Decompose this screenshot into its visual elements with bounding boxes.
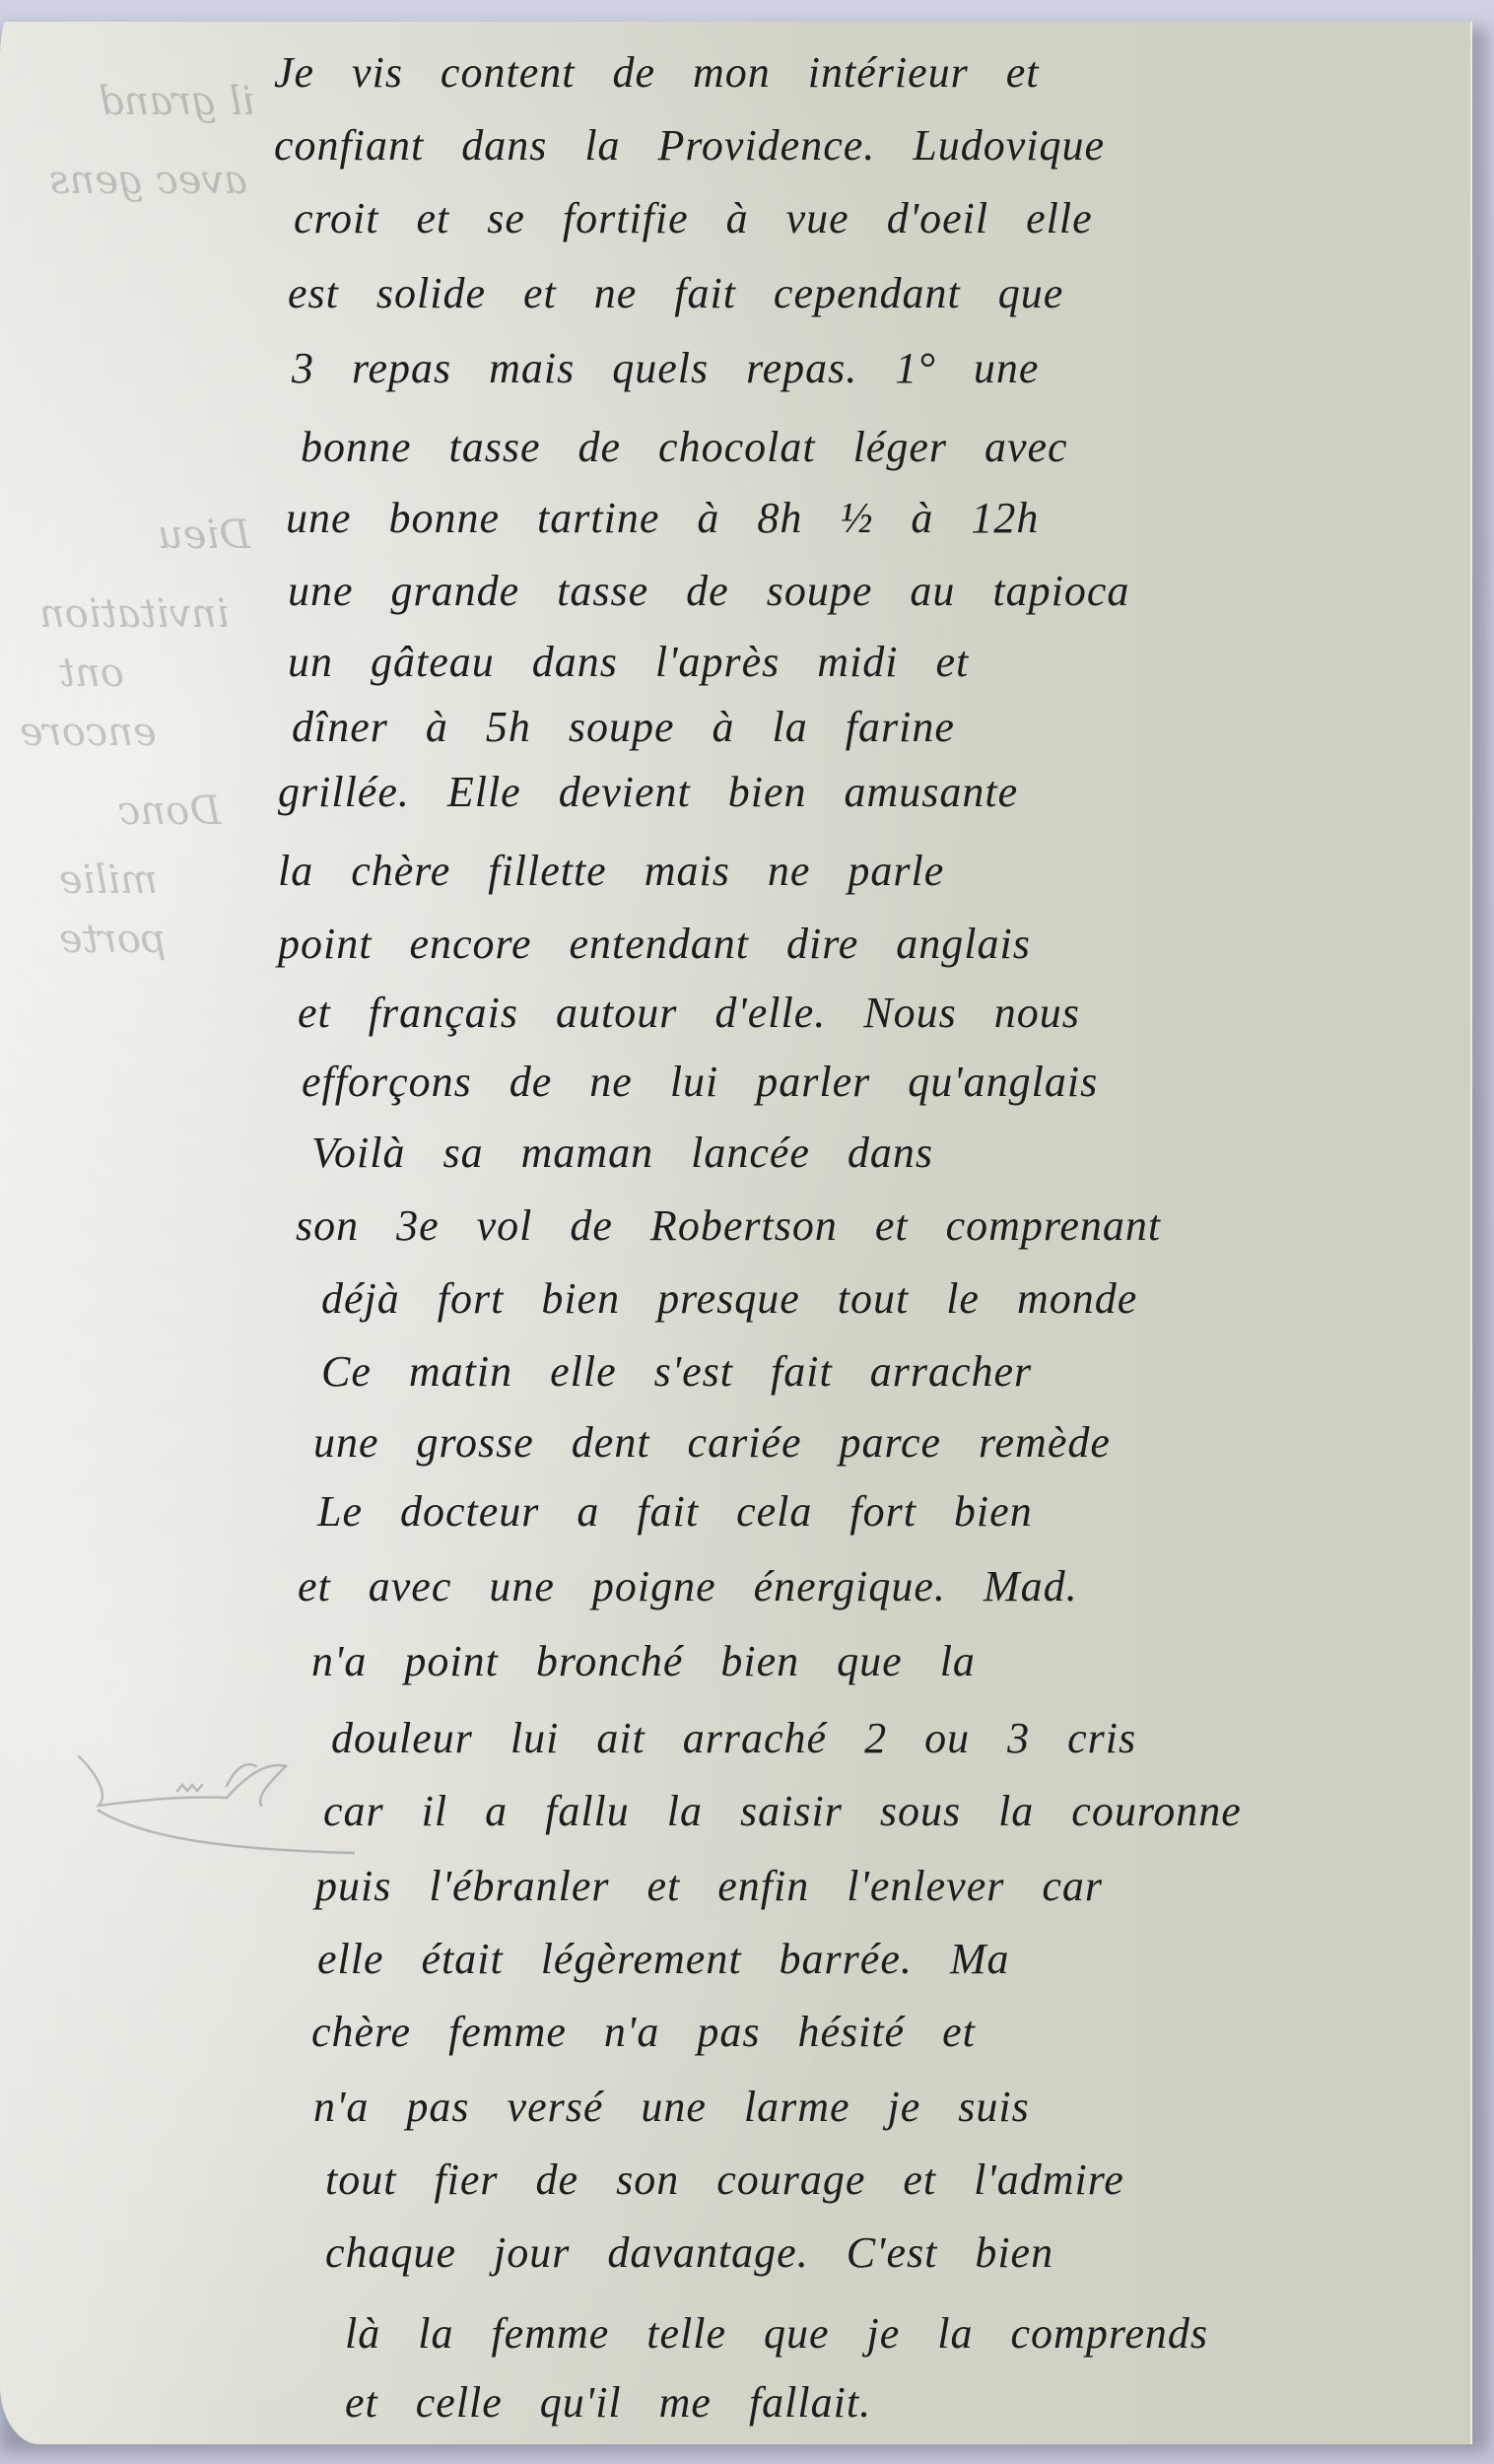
letter-line: un gâteau dans l'après midi et (288, 637, 969, 687)
bleed-through-text: avec gens (49, 158, 247, 203)
letter-line: confiant dans la Providence. Ludovique (274, 120, 1105, 171)
letter-line: Le docteur a fait cela fort bien (317, 1486, 1033, 1537)
letter-line: la chère fillette mais ne parle (278, 846, 944, 896)
letter-line: 3 repas mais quels repas. 1° une (292, 343, 1039, 393)
letter-line: n'a pas versé une larme je suis (313, 2082, 1030, 2132)
letter-line: une bonne tartine à 8h ½ à 12h (286, 493, 1039, 543)
letter-page: il grandavec gensDieuinvitationontencore… (0, 22, 1472, 2444)
letter-line: efforçons de ne lui parler qu'anglais (302, 1057, 1098, 1107)
letter-line: une grande tasse de soupe au tapioca (288, 566, 1129, 616)
letter-line: car il a fallu la saisir sous la couronn… (323, 1786, 1242, 1836)
letter-line: elle était légèrement barrée. Ma (317, 1934, 1010, 1984)
bleed-through-text: Dieu (158, 513, 250, 558)
letter-line: bonne tasse de chocolat léger avec (301, 422, 1068, 472)
letter-line: puis l'ébranler et enfin l'enlever car (315, 1861, 1103, 1911)
letter-line: et avec une poigne énergique. Mad. (298, 1561, 1078, 1611)
bleed-through-text: Donc (118, 788, 221, 834)
bleed-through-text: porte (59, 917, 167, 962)
letter-line: dîner à 5h soupe à la farine (292, 702, 955, 752)
letter-line: croit et se fortifie à vue d'oeil elle (294, 193, 1093, 243)
bleed-through-text: ont (59, 650, 124, 696)
letter-line: et français autour d'elle. Nous nous (298, 988, 1080, 1038)
bleed-through-text: milie (59, 857, 158, 903)
letter-line: et celle qu'il me fallait. (345, 2377, 871, 2428)
bleed-through-text: il grand (99, 79, 254, 124)
letter-line: est solide et ne fait cependant que (288, 268, 1063, 318)
letter-line: déjà fort bien presque tout le monde (321, 1273, 1137, 1324)
letter-line: son 3e vol de Robertson et comprenant (296, 1200, 1161, 1251)
letter-line: une grosse dent cariée parce remède (313, 1417, 1111, 1468)
letter-line: tout fier de son courage et l'admire (325, 2155, 1124, 2205)
letter-line: là la femme telle que je la comprends (345, 2308, 1208, 2359)
letter-line: n'a point bronché bien que la (311, 1636, 976, 1686)
bleed-through-text: invitation (39, 591, 230, 637)
letter-line: Ce matin elle s'est fait arracher (321, 1346, 1032, 1397)
mirrored-signature-bleed-through (59, 1737, 355, 1855)
letter-line: point encore entendant dire anglais (278, 919, 1031, 969)
letter-line: chère femme n'a pas hésité et (311, 2007, 976, 2057)
letter-line: Je vis content de mon intérieur et (274, 47, 1039, 98)
letter-line: grillée. Elle devient bien amusante (278, 767, 1018, 817)
letter-line: Voilà sa maman lancée dans (311, 1128, 933, 1178)
letter-line: chaque jour davantage. C'est bien (325, 2227, 1053, 2278)
letter-line: douleur lui ait arraché 2 ou 3 cris (331, 1713, 1136, 1763)
bleed-through-text: encore (20, 710, 157, 755)
